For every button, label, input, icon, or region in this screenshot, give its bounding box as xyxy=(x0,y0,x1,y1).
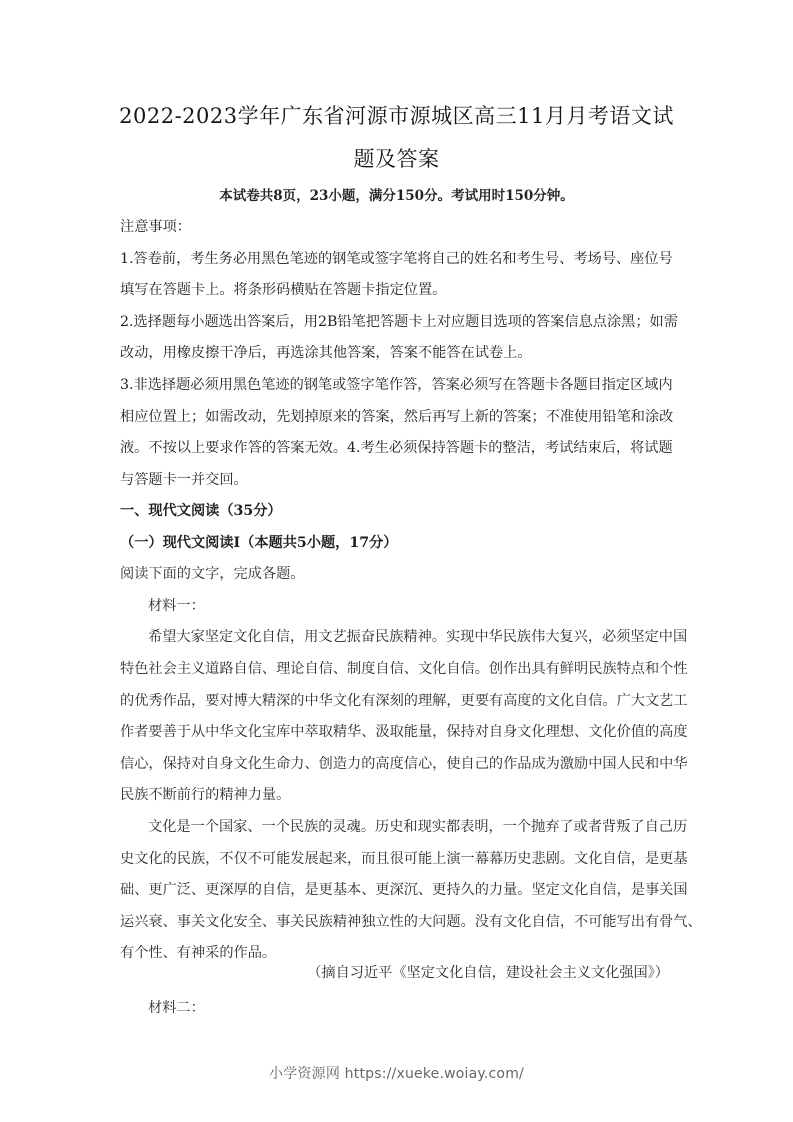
document-page: 2022-2023学年广东省河源市源城区高三11月月考语文试 题及答案 本试卷共… xyxy=(0,0,793,1122)
paragraph-line: 的优秀作品，要对博大精深的中华文化有深刻的理解，更要有高度的文化自信。广大文艺工 xyxy=(120,686,672,718)
notes-line: 2.选择题每小题选出答案后，用2B铅笔把答题卡上对应题目选项的答案信息点涂黑；如… xyxy=(120,307,672,339)
paragraph-line: 文化是一个国家、一个民族的灵魂。历史和现实都表明，一个抛弃了或者背叛了自己历 xyxy=(120,812,672,844)
document-title-line-1: 2022-2023学年广东省河源市源城区高三11月月考语文试 xyxy=(100,103,693,129)
notes-line: 1.答卷前，考生务必用黑色笔迹的钢笔或签字笔将自己的姓名和考生号、考场号、座位号 xyxy=(120,244,672,276)
material-1-label: 材料一： xyxy=(120,591,672,623)
section-heading: 一、现代文阅读（35分） xyxy=(120,496,672,528)
material-1-source: （摘自习近平《坚定文化自信，建设社会主义文化强国》） xyxy=(307,962,669,984)
section-modern-reading: 一、现代文阅读（35分） （一）现代文阅读Ⅰ（本题共5小题，17分） 阅读下面的… xyxy=(120,496,672,970)
paragraph-line: 希望大家坚定文化自信，用文艺振奋民族精神。实现中华民族伟大复兴，必须坚定中国 xyxy=(120,622,672,654)
material-2-label: 材料二： xyxy=(120,993,672,1025)
material-1-paragraph-1: 希望大家坚定文化自信，用文艺振奋民族精神。实现中华民族伟大复兴，必须坚定中国 特… xyxy=(120,622,672,812)
notes-line: 液。不按以上要求作答的答案无效。4.考生必须保持答题卡的整洁，考试结束后，将试题 xyxy=(120,433,672,465)
paragraph-line: 民族不断前行的精神力量。 xyxy=(120,780,672,812)
paragraph-line: 础、更广泛、更深厚的自信，是更基本、更深沉、更持久的力量。坚定文化自信，是事关国 xyxy=(120,875,672,907)
watermark-footer: 小学资源网 https://xueke.woiay.com/ xyxy=(0,1063,793,1083)
notes-line: 填写在答题卡上。将条形码横贴在答题卡指定位置。 xyxy=(120,275,672,307)
notes-line: 相应位置上；如需改动，先划掉原来的答案，然后再写上新的答案；不准使用铅笔和涂改 xyxy=(120,402,672,434)
paragraph-line: 作者要善于从中华文化宝库中萃取精华、汲取能量，保持对自身文化理想、文化价值的高度 xyxy=(120,717,672,749)
paragraph-line: 特色社会主义道路自信、理论自信、制度自信、文化自信。创作出具有鲜明民族特点和个性 xyxy=(120,654,672,686)
exam-info: 本试卷共8页，23小题，满分150分。考试用时150分钟。 xyxy=(100,186,693,206)
paragraph-line: 史文化的民族，不仅不可能发展起来，而且很可能上演一幕幕历史悲剧。文化自信，是更基 xyxy=(120,844,672,876)
notes-line: 3.非选择题必须用黑色笔迹的钢笔或签字笔作答，答案必须写在答题卡各题目指定区域内 xyxy=(120,370,672,402)
notes-section: 注意事项： 1.答卷前，考生务必用黑色笔迹的钢笔或签字笔将自己的姓名和考生号、考… xyxy=(120,212,672,496)
notes-heading: 注意事项： xyxy=(120,212,672,244)
paragraph-line: 信心，保持对自身文化生命力、创造力的高度信心，使自己的作品成为激励中国人民和中华 xyxy=(120,749,672,781)
reading-instruction: 阅读下面的文字，完成各题。 xyxy=(120,559,672,591)
notes-line: 与答题卡一并交回。 xyxy=(120,465,672,497)
subsection-heading: （一）现代文阅读Ⅰ（本题共5小题，17分） xyxy=(120,528,672,560)
material-1-paragraph-2: 文化是一个国家、一个民族的灵魂。历史和现实都表明，一个抛弃了或者背叛了自己历 史… xyxy=(120,812,672,970)
material-2: 材料二： xyxy=(120,993,672,1025)
document-title-line-2: 题及答案 xyxy=(100,146,693,172)
notes-line: 改动，用橡皮擦干净后，再选涂其他答案，答案不能答在试卷上。 xyxy=(120,338,672,370)
paragraph-line: 运兴衰、事关文化安全、事关民族精神独立性的大问题。没有文化自信，不可能写出有骨气… xyxy=(120,907,672,939)
